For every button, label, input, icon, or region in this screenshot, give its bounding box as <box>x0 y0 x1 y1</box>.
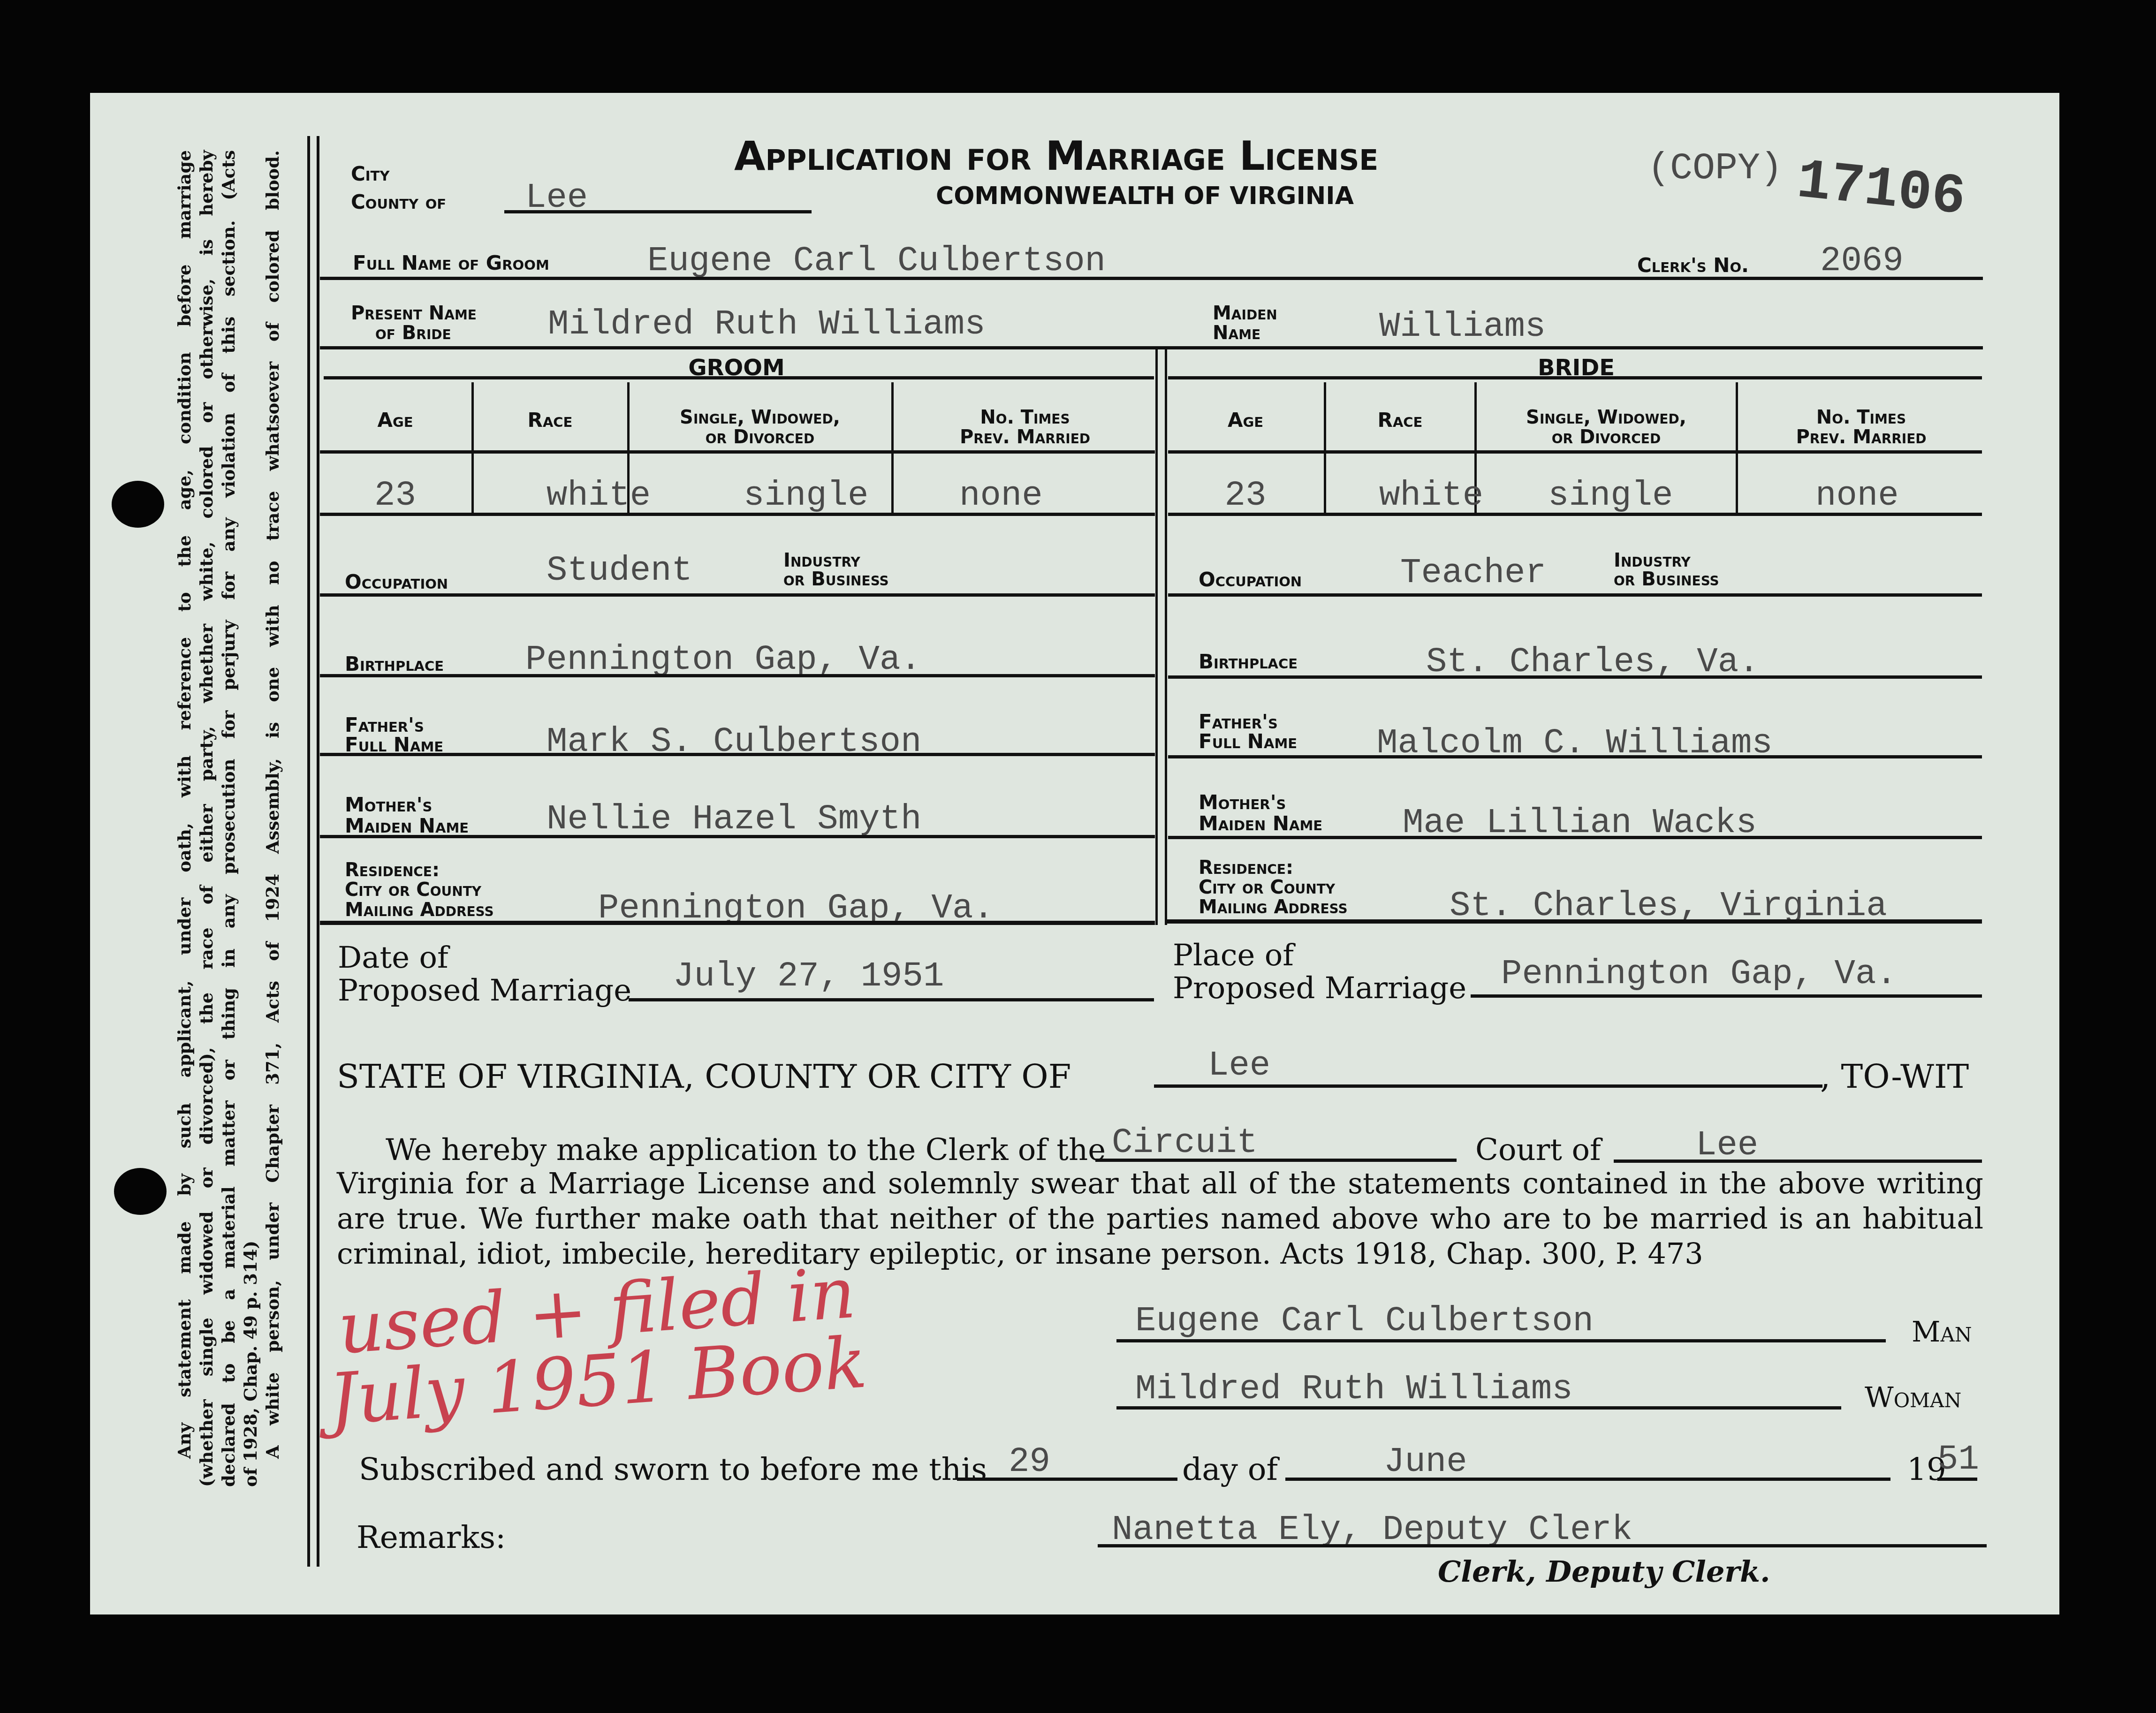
sworn-prefix: Subscribed and sworn to before me this <box>359 1454 987 1485</box>
groom-mother-value[interactable]: Nellie Hazel Smyth <box>547 802 921 837</box>
court-location-value[interactable]: Lee <box>1696 1128 1758 1163</box>
county-underline <box>504 210 812 213</box>
form-subtitle: Commonwealth of Virginia <box>936 184 1354 208</box>
notice-line: (whether single widowed or divorced), th… <box>196 150 218 1487</box>
bride-col-times-1: No. Times <box>1738 408 1984 427</box>
bride-birthplace-underline <box>1168 675 1982 679</box>
oath-body: Virginia for a Marriage License and sole… <box>337 1166 1983 1271</box>
date-value[interactable]: July 27, 1951 <box>673 959 944 994</box>
groom-residence-label-3: Mailing Address <box>345 901 494 919</box>
bride-col-age: Age <box>1168 410 1323 430</box>
man-label: Man <box>1912 1318 1972 1346</box>
court-of-label: Court of <box>1475 1135 1601 1165</box>
bride-present-name-value[interactable]: Mildred Ruth Williams <box>548 307 986 342</box>
bride-residence-value[interactable]: St. Charles, Virginia <box>1450 889 1887 924</box>
bride-mother-value[interactable]: Mae Lillian Wacks <box>1403 806 1757 841</box>
clerks-no-label: Clerk's No. <box>1637 256 1749 275</box>
to-wit-label: , TO-WIT <box>1820 1060 1969 1093</box>
bride-birthplace-label: Birthplace <box>1199 652 1298 672</box>
day-of-label: day of <box>1182 1454 1278 1485</box>
groom-occupation-underline <box>320 593 1155 597</box>
form-title: Application for Marriage License <box>734 136 1378 176</box>
groom-industry-label-1: Industry <box>783 551 860 570</box>
notice-line: of 1928, Chap. 49 p. 314) <box>240 150 262 1487</box>
bride-name-underline <box>320 346 1983 349</box>
groom-col-race: Race <box>474 410 626 430</box>
bride-race-value[interactable]: white <box>1379 478 1483 513</box>
date-underline <box>629 998 1154 1001</box>
bride-father-underline <box>1168 755 1982 758</box>
maiden-name-label-1: Maiden <box>1213 304 1277 323</box>
clerk-caption: Clerk, Deputy Clerk. <box>1438 1557 1770 1586</box>
woman-label: Woman <box>1865 1384 1961 1412</box>
groom-industry-label-2: or Business <box>783 570 889 589</box>
bride-col-race: Race <box>1326 410 1474 430</box>
groom-occupation-value[interactable]: Student <box>547 553 692 588</box>
groom-values-underline <box>320 513 1155 516</box>
groom-status-value[interactable]: single <box>744 478 868 513</box>
city-label: City <box>351 164 389 184</box>
date-label-2: Proposed Marriage <box>338 976 631 1006</box>
copy-mark: (COPY) <box>1647 150 1783 188</box>
groom-col-times-2: Prev. Married <box>894 428 1156 447</box>
groom-header-underline <box>324 376 1154 379</box>
place-label-1: Place of <box>1173 940 1294 970</box>
sworn-year-underline <box>1937 1478 1977 1481</box>
groom-col-age: Age <box>319 410 471 430</box>
groom-col-status-2: or Divorced <box>629 428 891 447</box>
bride-residence-label-1: Residence: <box>1199 858 1293 877</box>
sworn-day-value[interactable]: 29 <box>1009 1445 1050 1479</box>
groom-residence-label-2: City or County <box>345 880 481 899</box>
bride-father-label-2: Full Name <box>1199 732 1297 751</box>
bride-col-header-underline <box>1168 450 1982 454</box>
bride-times-value[interactable]: none <box>1815 478 1899 513</box>
bride-status-value[interactable]: single <box>1548 478 1673 513</box>
groom-birthplace-value[interactable]: Pennington Gap, Va. <box>525 643 921 677</box>
court-type-underline <box>1095 1159 1457 1162</box>
oath-line1-prefix: We hereby make application to the Clerk … <box>386 1135 1106 1165</box>
notice-line: Any statement made by such applicant, un… <box>174 150 196 1487</box>
groom-birthplace-label: Birthplace <box>345 654 444 674</box>
groom-age-value[interactable]: 23 <box>319 478 471 513</box>
clerk-signature-underline <box>1098 1544 1987 1547</box>
groom-birthplace-underline <box>320 674 1155 677</box>
sidebar-legal-notice: Any statement made by such applicant, un… <box>174 150 284 1487</box>
groom-father-label-1: Father's <box>345 715 424 735</box>
left-border-outer <box>307 136 310 1567</box>
bride-occupation-label: Occupation <box>1199 570 1302 590</box>
clerks-no-value[interactable]: 2069 <box>1820 244 1904 279</box>
bride-col-sep-3 <box>1736 382 1738 514</box>
remarks-label: Remarks: <box>357 1522 506 1553</box>
groom-times-value[interactable]: none <box>959 478 1043 513</box>
groom-bride-divider-2 <box>1165 348 1167 925</box>
place-underline <box>1471 994 1982 998</box>
bride-header-underline <box>1168 376 1982 379</box>
bride-birthplace-value[interactable]: St. Charles, Va. <box>1426 645 1760 680</box>
court-location-underline <box>1614 1160 1982 1163</box>
left-border-inner <box>317 136 319 1567</box>
bride-occupation-value[interactable]: Teacher <box>1400 556 1546 591</box>
bride-mother-label-1: Mother's <box>1199 793 1286 812</box>
bride-values-underline <box>1168 513 1982 516</box>
bride-col-times-2: Prev. Married <box>1738 428 1984 447</box>
punch-hole-top <box>112 481 164 528</box>
bride-occupation-underline <box>1168 593 1982 597</box>
groom-race-value[interactable]: white <box>547 478 651 513</box>
man-signature-underline <box>1116 1339 1886 1342</box>
groom-occupation-label: Occupation <box>345 572 448 592</box>
present-name-label-2: of Bride <box>375 324 451 342</box>
court-type-value[interactable]: Circuit <box>1112 1126 1258 1160</box>
groom-name-value[interactable]: Eugene Carl Culbertson <box>647 244 1106 279</box>
groom-residence-underline <box>320 921 1155 925</box>
groom-mother-underline <box>320 835 1155 838</box>
groom-col-sep-3 <box>891 382 894 514</box>
man-signature-value[interactable]: Eugene Carl Culbertson <box>1135 1304 1594 1339</box>
groom-residence-label-1: Residence: <box>345 861 440 879</box>
maiden-name-value[interactable]: Williams <box>1379 310 1546 344</box>
sworn-month-underline <box>1285 1478 1890 1481</box>
bride-residence-label-2: City or County <box>1199 878 1335 897</box>
state-county-value[interactable]: Lee <box>1208 1048 1270 1083</box>
bride-col-status-1: Single, Widowed, <box>1477 408 1736 427</box>
groom-col-status-1: Single, Widowed, <box>629 408 891 427</box>
bride-age-value[interactable]: 23 <box>1168 478 1323 513</box>
punch-hole-bottom <box>114 1168 167 1215</box>
notice-line: declared to be a material matter or thin… <box>218 150 240 1487</box>
place-label-2: Proposed Marriage <box>1173 973 1466 1003</box>
bride-col-status-2: or Divorced <box>1477 428 1736 447</box>
notice-line: A white person, under Chapter 371, Acts … <box>262 150 284 1487</box>
maiden-name-label-2: Name <box>1213 324 1260 342</box>
state-label: STATE OF VIRGINIA, COUNTY OR CITY OF <box>337 1060 1071 1093</box>
clerk-signature-value[interactable]: Nanetta Ely, Deputy Clerk <box>1112 1513 1632 1547</box>
present-name-label-1: Present Name <box>351 304 477 323</box>
bride-residence-label-3: Mailing Address <box>1199 898 1348 917</box>
bride-mother-underline <box>1168 836 1982 839</box>
groom-name-underline <box>320 277 1983 280</box>
woman-signature-underline <box>1116 1406 1841 1410</box>
groom-col-header-underline <box>320 450 1155 454</box>
state-county-underline <box>1154 1084 1822 1088</box>
sworn-year-value[interactable]: 51 <box>1937 1442 1979 1477</box>
bride-col-sep-1 <box>1324 382 1326 514</box>
groom-mother-label-2: Maiden Name <box>345 816 469 836</box>
place-value[interactable]: Pennington Gap, Va. <box>1501 957 1897 992</box>
bride-industry-label-1: Industry <box>1614 551 1691 570</box>
bride-mother-label-2: Maiden Name <box>1199 814 1322 834</box>
bride-father-label-1: Father's <box>1199 712 1278 732</box>
bride-industry-label-2: or Business <box>1614 570 1719 589</box>
date-label-1: Date of <box>338 943 448 973</box>
groom-father-label-2: Full Name <box>345 735 443 755</box>
county-label: County of <box>351 192 446 212</box>
groom-mother-label-1: Mother's <box>345 795 432 815</box>
woman-signature-value[interactable]: Mildred Ruth Williams <box>1135 1372 1573 1407</box>
bride-residence-underline <box>1165 919 1982 924</box>
sworn-day-underline <box>957 1478 1177 1481</box>
groom-name-label: Full Name of Groom <box>353 253 549 273</box>
groom-col-sep-1 <box>471 382 474 514</box>
groom-father-underline <box>320 753 1155 756</box>
groom-col-times-1: No. Times <box>894 408 1156 427</box>
bride-header: Bride <box>1168 356 1984 379</box>
groom-header: Groom <box>319 356 1154 379</box>
sworn-month-value[interactable]: June <box>1384 1445 1467 1479</box>
